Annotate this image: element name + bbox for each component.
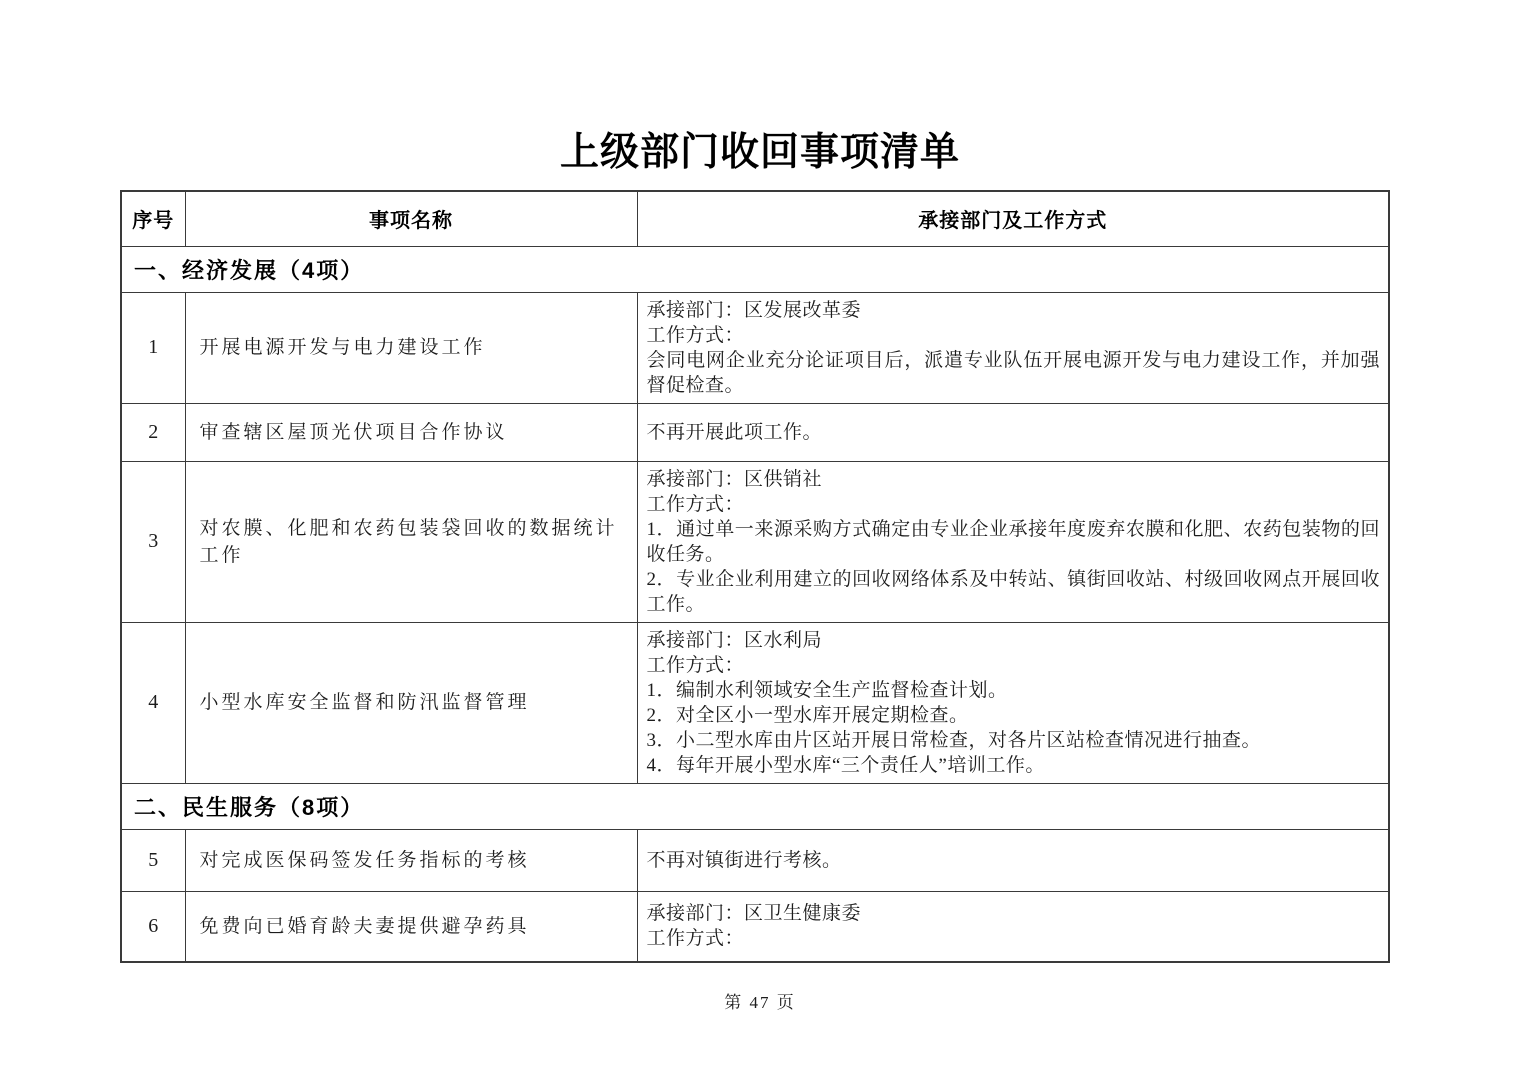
- detail-line: 不再对镇街进行考核。: [647, 848, 1381, 873]
- cell-serial-no: 1: [121, 292, 185, 403]
- cell-detail: 承接部门：区水利局 工作方式： 1．编制水利领域安全生产监督检查计划。 2．对全…: [637, 622, 1389, 783]
- table-header-row: 序号 事项名称 承接部门及工作方式: [121, 191, 1389, 246]
- detail-line: 承接部门：区发展改革委: [647, 298, 1381, 323]
- section-heading: 二、民生服务（8项）: [121, 783, 1389, 829]
- detail-line: 承接部门：区供销社: [647, 467, 1381, 492]
- cell-detail: 不再对镇街进行考核。: [637, 829, 1389, 891]
- page-number: 第 47 页: [0, 988, 1520, 1013]
- detail-line: 工作方式：: [647, 323, 1381, 348]
- detail-line: 4．每年开展小型水库“三个责任人”培训工作。: [647, 753, 1381, 778]
- detail-line: 工作方式：: [647, 926, 1381, 951]
- section-heading-row-livelihood: 二、民生服务（8项）: [121, 783, 1389, 829]
- table-row: 5 对完成医保码签发任务指标的考核 不再对镇街进行考核。: [121, 829, 1389, 891]
- section-heading: 一、经济发展（4项）: [121, 246, 1389, 292]
- column-header-department-method: 承接部门及工作方式: [637, 191, 1389, 246]
- cell-item-name: 开展电源开发与电力建设工作: [185, 292, 637, 403]
- cell-serial-no: 4: [121, 622, 185, 783]
- cell-detail: 不再开展此项工作。: [637, 403, 1389, 461]
- detail-line: 承接部门：区卫生健康委: [647, 901, 1381, 926]
- cell-item-name: 小型水库安全监督和防汛监督管理: [185, 622, 637, 783]
- table-row: 3 对农膜、化肥和农药包装袋回收的数据统计工作 承接部门：区供销社 工作方式： …: [121, 461, 1389, 622]
- table-row: 2 审查辖区屋顶光伏项目合作协议 不再开展此项工作。: [121, 403, 1389, 461]
- detail-line: 1．通过单一来源采购方式确定由专业企业承接年度废弃农膜和化肥、农药包装物的回收任…: [647, 517, 1381, 567]
- cell-serial-no: 5: [121, 829, 185, 891]
- section-heading-row-economy: 一、经济发展（4项）: [121, 246, 1389, 292]
- cell-detail: 承接部门：区供销社 工作方式： 1．通过单一来源采购方式确定由专业企业承接年度废…: [637, 461, 1389, 622]
- column-header-serial-no: 序号: [121, 191, 185, 246]
- detail-line: 2．对全区小一型水库开展定期检查。: [647, 703, 1381, 728]
- reclaimed-items-table: 序号 事项名称 承接部门及工作方式 一、经济发展（4项） 1 开展电源开发与电力…: [120, 190, 1390, 963]
- detail-line: 1．编制水利领域安全生产监督检查计划。: [647, 678, 1381, 703]
- cell-serial-no: 3: [121, 461, 185, 622]
- cell-item-name: 对完成医保码签发任务指标的考核: [185, 829, 637, 891]
- page-title: 上级部门收回事项清单: [0, 0, 1520, 179]
- detail-line: 承接部门：区水利局: [647, 628, 1381, 653]
- table-row: 4 小型水库安全监督和防汛监督管理 承接部门：区水利局 工作方式： 1．编制水利…: [121, 622, 1389, 783]
- cell-item-name: 免费向已婚育龄夫妻提供避孕药具: [185, 891, 637, 962]
- detail-line: 不再开展此项工作。: [647, 420, 1381, 445]
- cell-serial-no: 2: [121, 403, 185, 461]
- cell-detail: 承接部门：区发展改革委 工作方式： 会同电网企业充分论证项目后，派遣专业队伍开展…: [637, 292, 1389, 403]
- cell-item-name: 对农膜、化肥和农药包装袋回收的数据统计工作: [185, 461, 637, 622]
- detail-line: 工作方式：: [647, 653, 1381, 678]
- detail-line: 工作方式：: [647, 492, 1381, 517]
- document-page: 上级部门收回事项清单 序号 事项名称 承接部门及工作方式 一、经济发展（4项） …: [0, 0, 1520, 1074]
- detail-line: 会同电网企业充分论证项目后，派遣专业队伍开展电源开发与电力建设工作，并加强督促检…: [647, 348, 1381, 398]
- cell-serial-no: 6: [121, 891, 185, 962]
- detail-line: 2．专业企业利用建立的回收网络体系及中转站、镇街回收站、村级回收网点开展回收工作…: [647, 567, 1381, 617]
- table-row: 1 开展电源开发与电力建设工作 承接部门：区发展改革委 工作方式： 会同电网企业…: [121, 292, 1389, 403]
- table-row: 6 免费向已婚育龄夫妻提供避孕药具 承接部门：区卫生健康委 工作方式：: [121, 891, 1389, 962]
- cell-item-name: 审查辖区屋顶光伏项目合作协议: [185, 403, 637, 461]
- cell-detail: 承接部门：区卫生健康委 工作方式：: [637, 891, 1389, 962]
- column-header-item-name: 事项名称: [185, 191, 637, 246]
- detail-line: 3．小二型水库由片区站开展日常检查，对各片区站检查情况进行抽查。: [647, 728, 1381, 753]
